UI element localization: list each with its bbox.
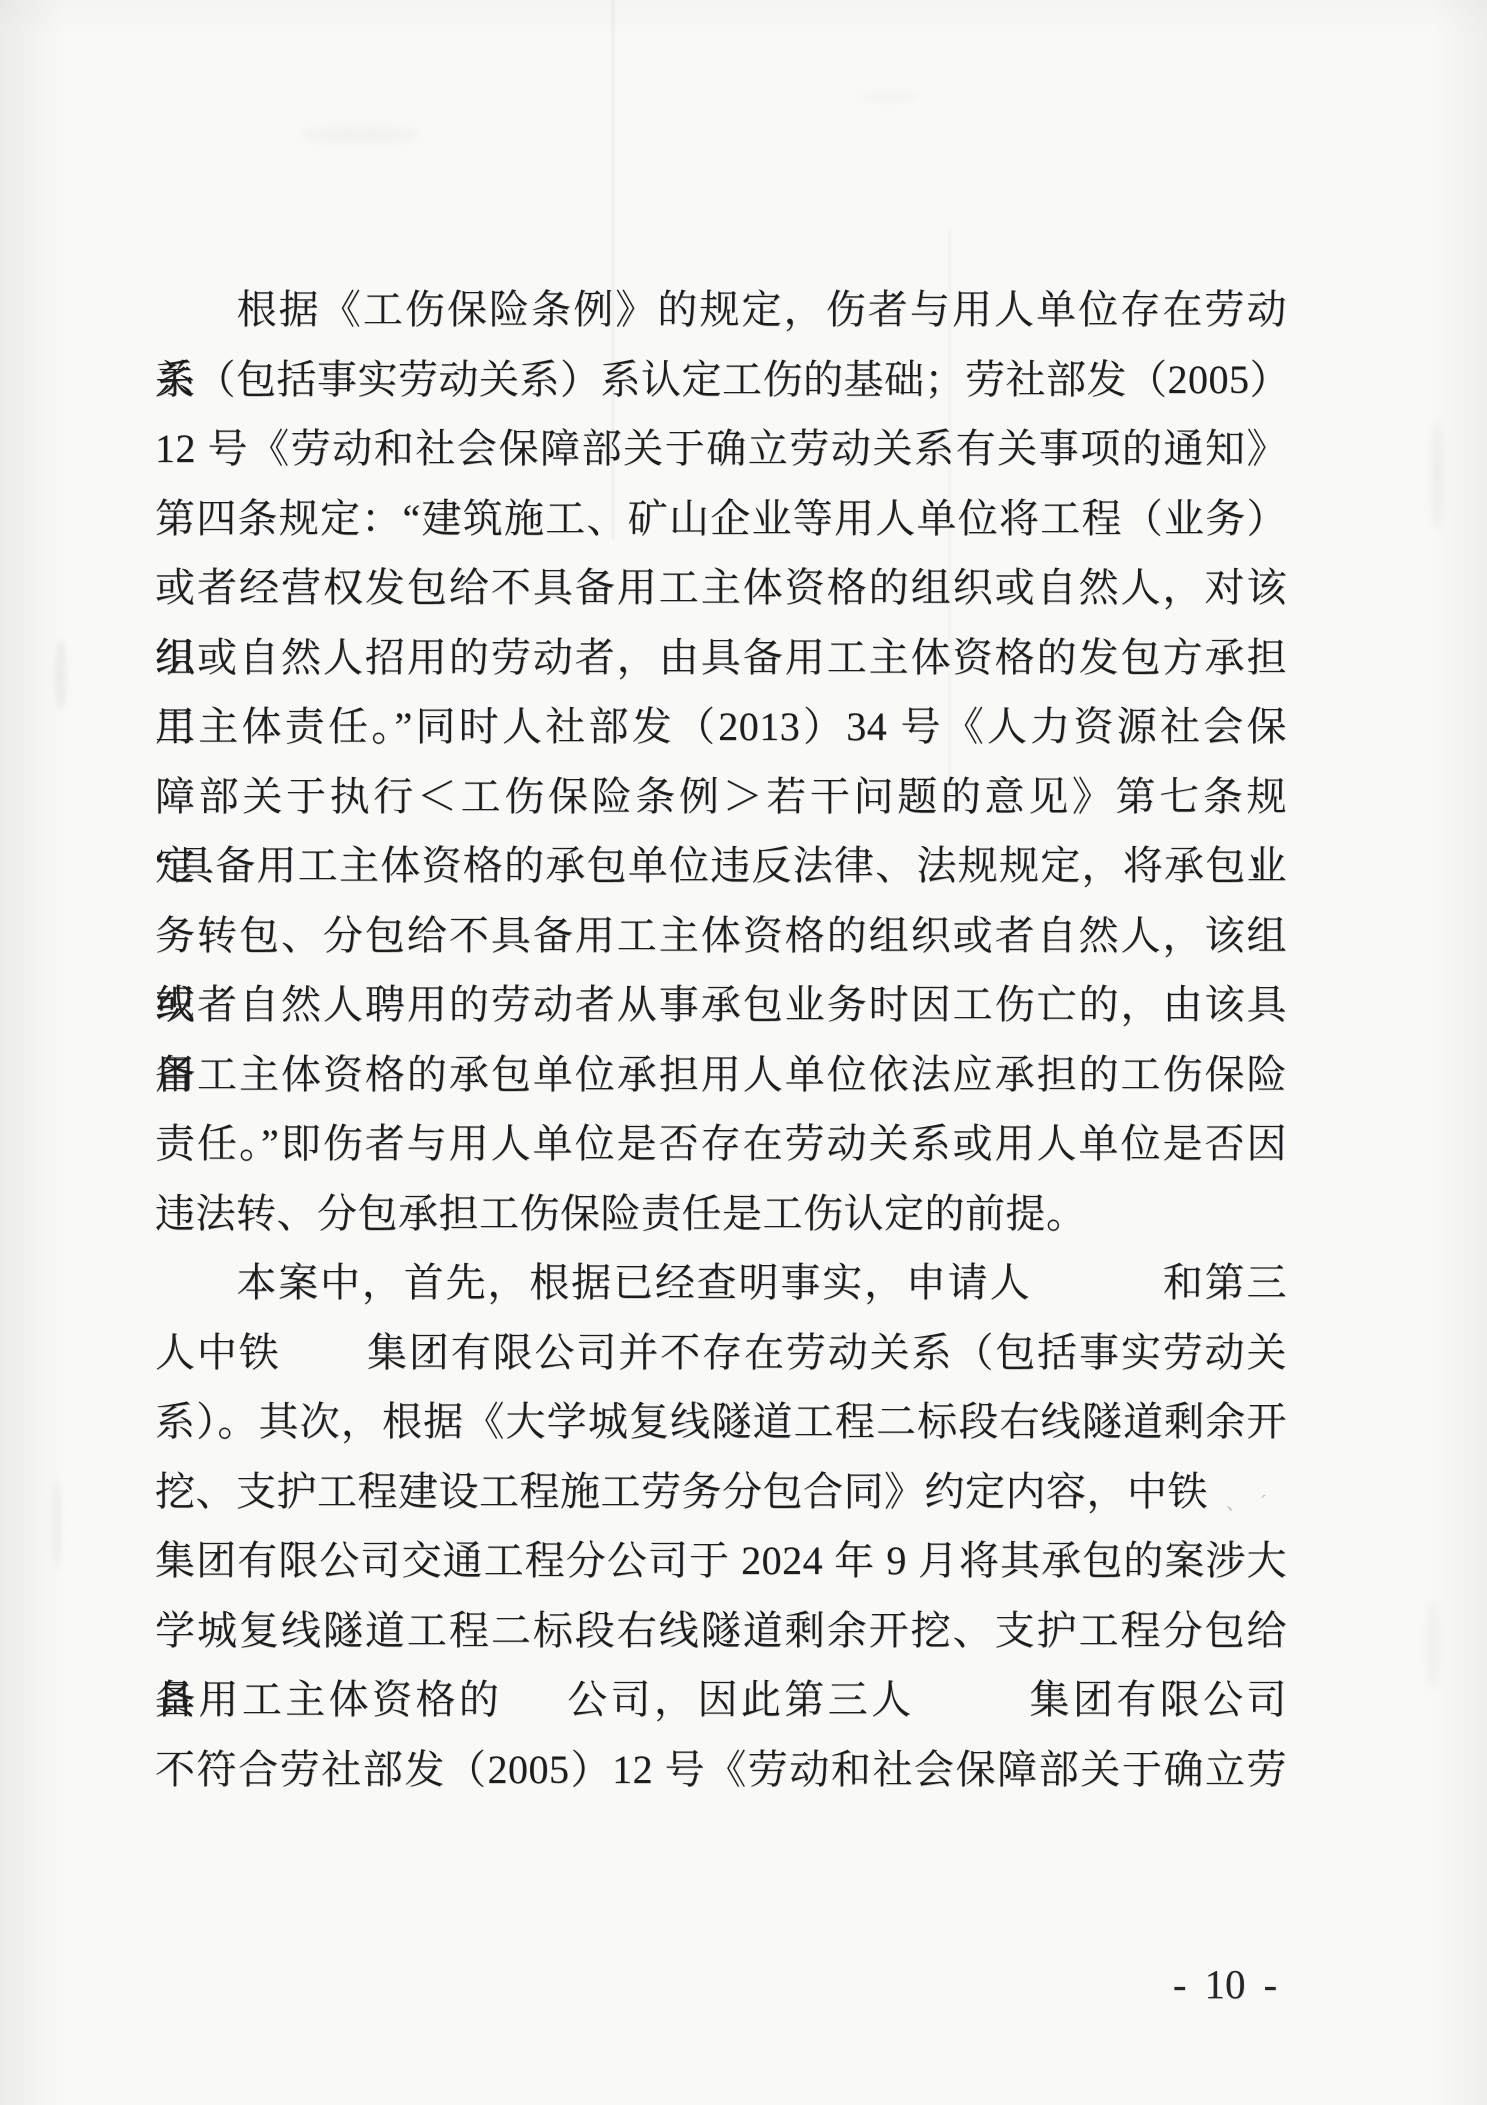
text-run: 人中铁	[155, 1330, 281, 1375]
scan-smudge	[1430, 420, 1444, 530]
text-run: 第四条规定：“建筑施工、矿山企业等用人单位将工程（业务）	[155, 496, 1287, 541]
text-run: 12 号《劳动和社会保障部关于确立劳动关系有关事项的通知》	[155, 426, 1287, 471]
scan-smudge	[300, 126, 420, 144]
text-line: 第四条规定：“建筑施工、矿山企业等用人单位将工程（业务）	[155, 484, 1287, 554]
paragraph-indent	[155, 1295, 235, 1296]
text-line: 挖、支护工程建设工程施工劳务分包合同》约定内容，中铁、ˊ	[155, 1457, 1287, 1527]
redacted-gap	[281, 1365, 366, 1366]
scan-smudge	[860, 92, 920, 102]
text-line: 集团有限公司交通工程分公司于 2024 年 9 月将其承包的案涉大	[155, 1526, 1287, 1596]
text-run: “具备用工主体资格的承包单位违反法律、法规规定，将承包业	[155, 843, 1287, 888]
text-line: 责任。”即伤者与用人单位是否存在劳动关系或用人单位是否因	[155, 1109, 1287, 1179]
scan-smudge	[1426, 1600, 1440, 1690]
redacted-gap	[1031, 1295, 1161, 1296]
text-run: 集团有限公司并不存在劳动关系（包括事实劳动关	[366, 1330, 1287, 1375]
text-run: 集团有限公司交通工程分公司于 2024 年 9 月将其承包的案涉大	[155, 1538, 1287, 1583]
redaction-remnant: 、ˊ	[1226, 1469, 1281, 1539]
text-line: 根据《工伤保险条例》的规定，伤者与用人单位存在劳动关	[155, 275, 1287, 345]
text-line: 违法转、分包承担工伤保险责任是工伤认定的前提。	[155, 1179, 1287, 1249]
text-line: 系（包括事实劳动关系）系认定工伤的基础；劳社部发（2005）	[155, 345, 1287, 415]
page: 根据《工伤保险条例》的规定，伤者与用人单位存在劳动关系（包括事实劳动关系）系认定…	[0, 0, 1487, 2105]
text-line: 12 号《劳动和社会保障部关于确立劳动关系有关事项的通知》	[155, 414, 1287, 484]
text-line: 本案中，首先，根据已经查明事实，申请人和第三	[155, 1248, 1287, 1318]
text-line: 系）。其次，根据《大学城复线隧道工程二标段右线隧道剩余开	[155, 1387, 1287, 1457]
text-run: 备用工主体资格的	[155, 1677, 502, 1722]
text-line: “具备用工主体资格的承包单位违反法律、法规规定，将承包业	[155, 831, 1287, 901]
text-line: 人中铁集团有限公司并不存在劳动关系（包括事实劳动关	[155, 1318, 1287, 1388]
text-run: 本案中，首先，根据已经查明事实，申请人	[235, 1260, 1031, 1305]
scan-smudge	[52, 1480, 62, 1570]
page-number-dash-right: -	[1264, 1961, 1278, 2007]
text-run: 系（包括事实劳动关系）系认定工伤的基础；劳社部发（2005）	[155, 357, 1290, 402]
text-line: 或者自然人聘用的劳动者从事承包业务时因工伤亡的，由该具备	[155, 970, 1287, 1040]
text-line: 工主体责任。”同时人社部发（2013）34 号《人力资源社会保	[155, 692, 1287, 762]
text-line: 用工主体资格的承包单位承担用人单位依法应承担的工伤保险	[155, 1040, 1287, 1110]
page-number-dash-left: -	[1173, 1961, 1187, 2007]
text-line: 学城复线隧道工程二标段右线隧道剩余开挖、支护工程分包给具	[155, 1596, 1287, 1666]
scan-smudge	[55, 640, 67, 710]
text-run: 挖、支护工程建设工程施工劳务分包合同》约定内容，中铁	[155, 1469, 1208, 1514]
text-line: 备用工主体资格的公司，因此第三人集团有限公司	[155, 1665, 1287, 1735]
text-run: 公司，因此第三人	[564, 1677, 914, 1722]
text-run: 系）。其次，根据《大学城复线隧道工程二标段右线隧道剩余开	[155, 1399, 1287, 1444]
text-run: 责任。”即伤者与用人单位是否存在劳动关系或用人单位是否因	[155, 1121, 1287, 1166]
redacted-gap	[502, 1712, 564, 1713]
page-number: -10-	[1140, 1956, 1310, 2012]
text-line: 障部关于执行＜工伤保险条例＞若干问题的意见》第七条规定：	[155, 762, 1287, 832]
page-number-value: 10	[1205, 1961, 1246, 2007]
text-line: 织或自然人招用的劳动者，由具备用工主体资格的发包方承担用	[155, 623, 1287, 693]
text-run: 工主体责任。”同时人社部发（2013）34 号《人力资源社会保	[155, 704, 1287, 749]
text-run: 违法转、分包承担工伤保险责任是工伤认定的前提。	[155, 1191, 1087, 1236]
paragraph-indent	[155, 322, 235, 323]
text-run: 集团有限公司	[1027, 1677, 1287, 1722]
text-line: 务转包、分包给不具备用工主体资格的组织或者自然人，该组织	[155, 901, 1287, 971]
text-run: 和第三	[1161, 1260, 1287, 1305]
text-block: 根据《工伤保险条例》的规定，伤者与用人单位存在劳动关系（包括事实劳动关系）系认定…	[155, 275, 1287, 1804]
text-line: 不符合劳社部发（2005）12 号《劳动和社会保障部关于确立劳	[155, 1735, 1287, 1805]
text-line: 或者经营权发包给不具备用工主体资格的组织或自然人，对该组	[155, 553, 1287, 623]
text-run: 不符合劳社部发（2005）12 号《劳动和社会保障部关于确立劳	[155, 1747, 1287, 1792]
redacted-gap	[915, 1712, 1027, 1713]
text-run: 用工主体资格的承包单位承担用人单位依法应承担的工伤保险	[155, 1052, 1287, 1097]
